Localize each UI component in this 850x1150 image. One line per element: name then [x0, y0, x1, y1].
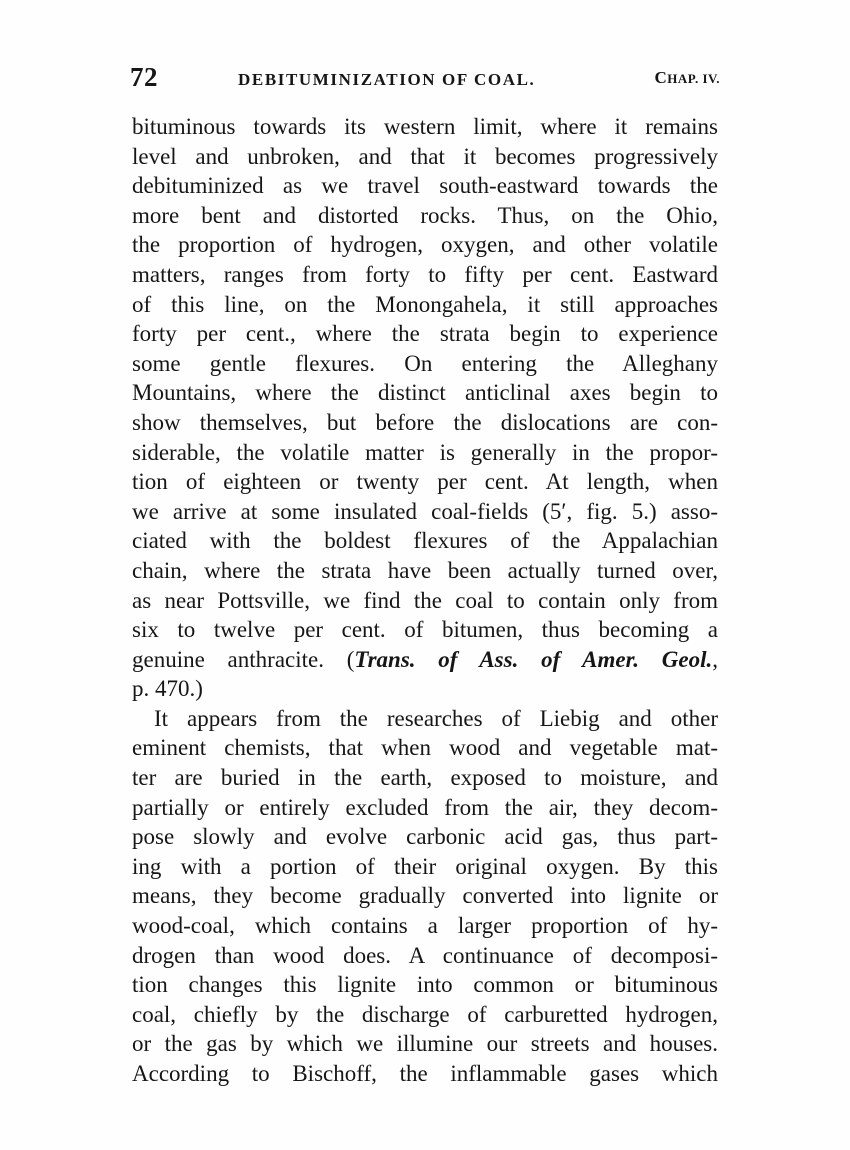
body-text: bituminous towards its western limit, wh…	[132, 112, 718, 1089]
text-line: eminent chemists, that when wood and veg…	[132, 733, 718, 763]
citation-line: genuine anthracite. (Trans. of Ass. of A…	[132, 645, 718, 675]
running-title: DEBITUMINIZATION OF COAL.	[238, 70, 535, 90]
text-line: matters, ranges from forty to fifty per …	[132, 260, 718, 290]
text-line: the proportion of hydrogen, oxygen, and …	[132, 230, 718, 260]
text-line: we arrive at some insulated coal-fields …	[132, 497, 718, 527]
citation-source: Trans. of Ass. of Amer. Geol.	[354, 647, 712, 672]
text-line: According to Bischoff, the inflammable g…	[132, 1059, 718, 1089]
text-line: chain, where the strata have been actual…	[132, 556, 718, 586]
chapter-small-caps: HAP. IV.	[667, 71, 720, 86]
text-line: wood-coal, which contains a larger propo…	[132, 911, 718, 941]
text-line: Mountains, where the distinct anticlinal…	[132, 378, 718, 408]
text-line: siderable, the volatile matter is genera…	[132, 438, 718, 468]
text-line: level and unbroken, and that it becomes …	[132, 142, 718, 172]
text-line: pose slowly and evolve carbonic acid gas…	[132, 822, 718, 852]
text-line: ter are buried in the earth, exposed to …	[132, 763, 718, 793]
citation-lead: genuine anthracite. (	[132, 647, 354, 672]
citation-trail: ,	[712, 647, 718, 672]
text-line: p. 470.)	[132, 674, 718, 704]
text-line: means, they become gradually converted i…	[132, 881, 718, 911]
text-line: six to twelve per cent. of bitumen, thus…	[132, 615, 718, 645]
text-line: debituminized as we travel south-eastwar…	[132, 171, 718, 201]
text-line: ciated with the boldest flexures of the …	[132, 526, 718, 556]
running-head: 72 DEBITUMINIZATION OF COAL. CHAP. IV.	[130, 62, 720, 94]
text-line: forty per cent., where the strata begin …	[132, 319, 718, 349]
text-line: show themselves, but before the dislocat…	[132, 408, 718, 438]
book-page: 72 DEBITUMINIZATION OF COAL. CHAP. IV. b…	[0, 0, 850, 1150]
text-line: partially or entirely excluded from the …	[132, 793, 718, 823]
text-line: drogen than wood does. A continuance of …	[132, 941, 718, 971]
text-line: bituminous towards its western limit, wh…	[132, 112, 718, 142]
text-line: tion changes this lignite into common or…	[132, 970, 718, 1000]
text-line: coal, chiefly by the discharge of carbur…	[132, 1000, 718, 1030]
text-line: as near Pottsville, we find the coal to …	[132, 586, 718, 616]
text-line: or the gas by which we illumine our stre…	[132, 1029, 718, 1059]
text-line: some gentle flexures. On entering the Al…	[132, 349, 718, 379]
chapter-label: CHAP. IV.	[654, 68, 720, 88]
paragraph-start-line: It appears from the researches of Liebig…	[132, 704, 718, 734]
text-line: more bent and distorted rocks. Thus, on …	[132, 201, 718, 231]
text-line: of this line, on the Monongahela, it sti…	[132, 290, 718, 320]
text-line: ing with a portion of their original oxy…	[132, 852, 718, 882]
text-line: tion of eighteen or twenty per cent. At …	[132, 467, 718, 497]
page-number: 72	[130, 62, 158, 93]
chapter-prefix: C	[654, 68, 667, 87]
